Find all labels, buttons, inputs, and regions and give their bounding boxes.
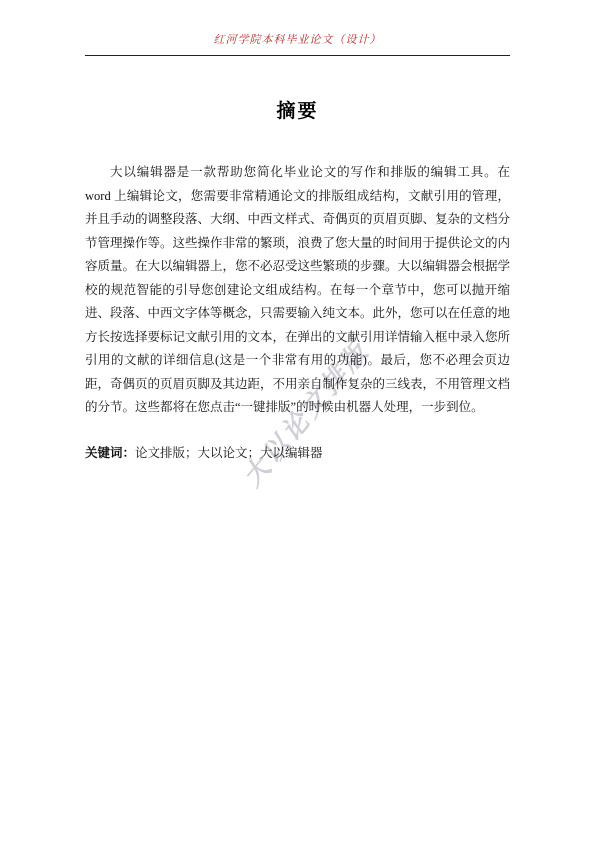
page-title: 摘要: [85, 96, 510, 123]
keywords-label: 关键词：: [85, 446, 135, 460]
document-page: 红河学院本科毕业论文（设计） 大以论文排版 摘要 大以编辑器是一款帮助您简化毕业…: [0, 0, 595, 842]
abstract-paragraph: 大以编辑器是一款帮助您简化毕业论文的写作和排版的编辑工具。在 word 上编辑论…: [85, 161, 510, 420]
keywords-line: 关键词：论文排版；大以论文；大以编辑器: [85, 442, 510, 466]
page-content: 摘要 大以编辑器是一款帮助您简化毕业论文的写作和排版的编辑工具。在 word 上…: [85, 0, 510, 465]
keywords-value: 论文排版；大以论文；大以编辑器: [135, 446, 323, 460]
